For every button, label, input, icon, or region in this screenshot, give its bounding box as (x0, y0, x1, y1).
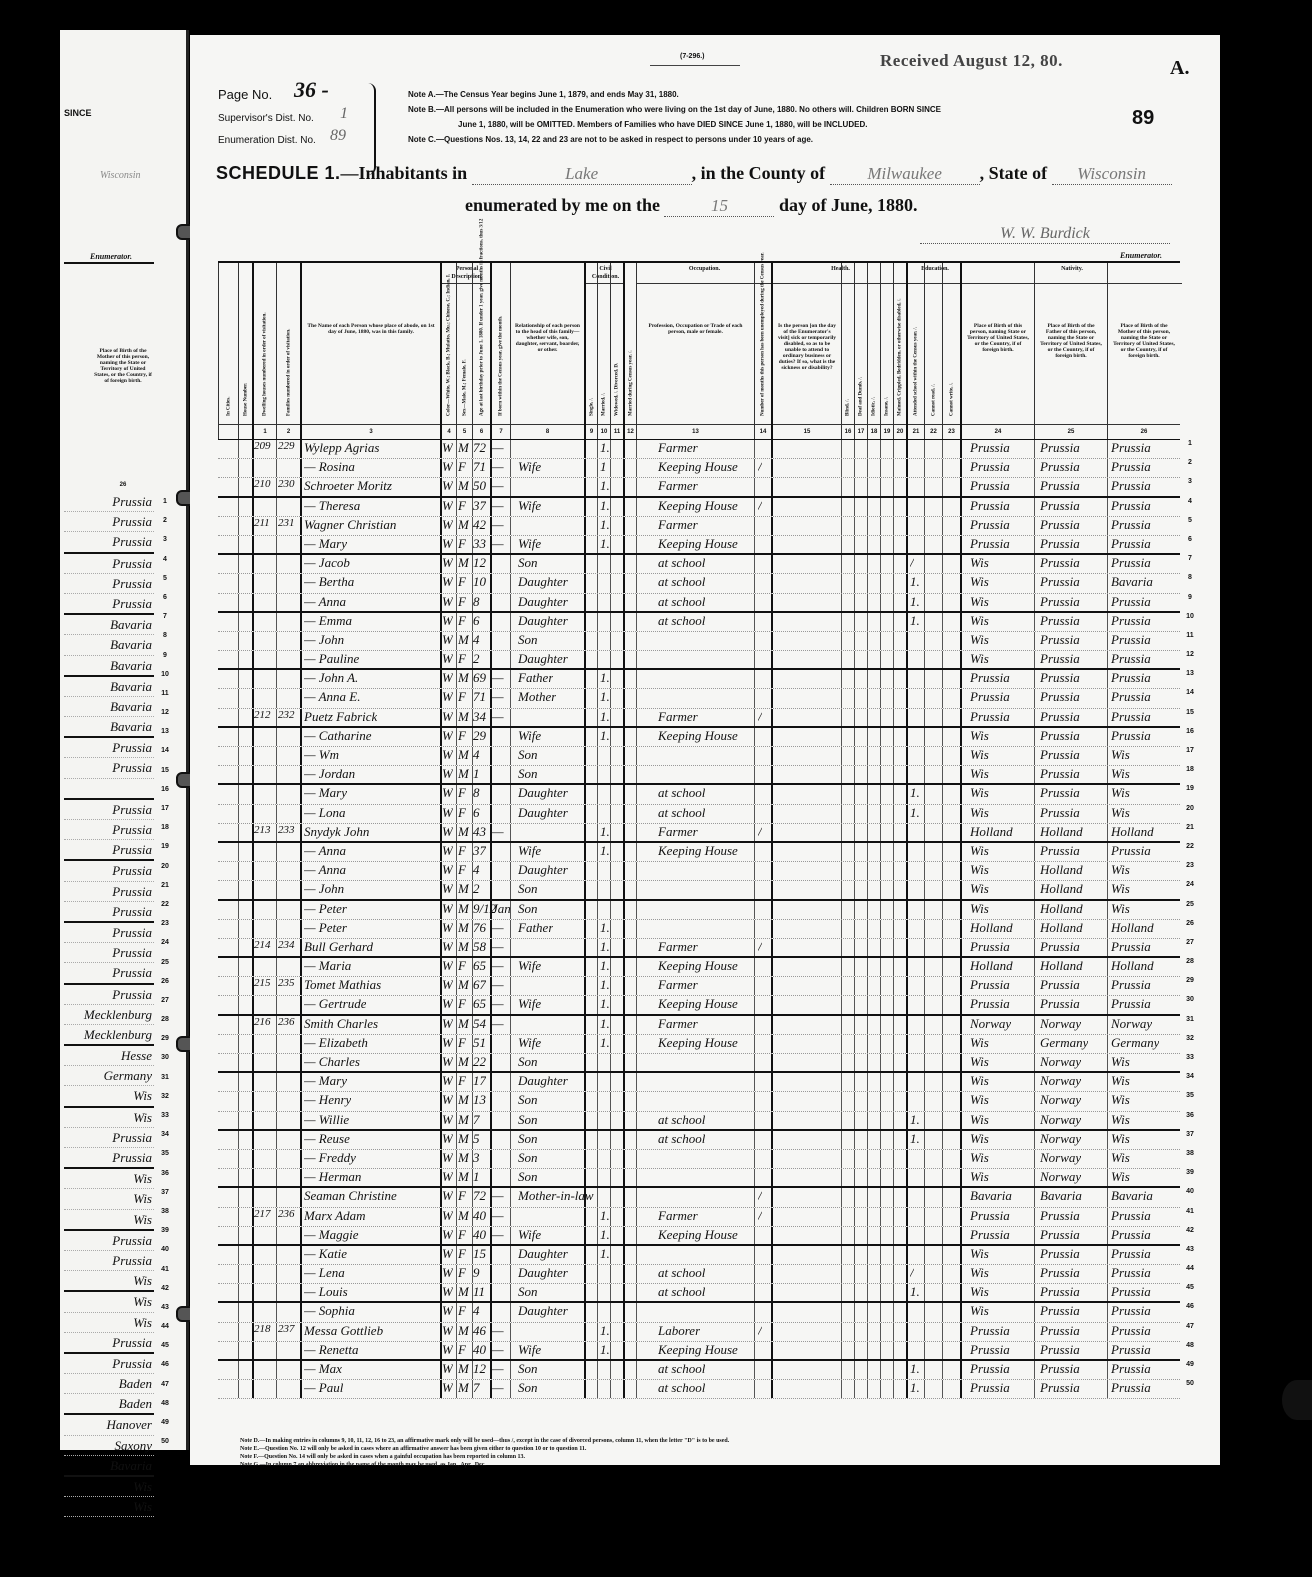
column-rule (754, 862, 755, 880)
column-rule (942, 1054, 943, 1071)
column-rule (854, 824, 855, 841)
census-row: — RosinaWF71—Wife1Keeping House/PrussiaP… (218, 459, 1180, 478)
color: W (442, 920, 453, 939)
facing-page-line-number: 35 (156, 1144, 174, 1163)
facing-page-birthplace: Prussia (64, 902, 154, 923)
column-rule (841, 651, 842, 668)
column-rule (510, 785, 511, 803)
column-rule (867, 478, 868, 495)
column-rule (854, 1227, 855, 1244)
mother-birthplace: Prussia (1111, 689, 1151, 708)
born-month: — (492, 1208, 504, 1227)
column-rule (238, 1323, 239, 1341)
column-rule (893, 1227, 894, 1244)
column-rule (584, 1284, 586, 1301)
column-rule (942, 1016, 943, 1034)
line-number: 46 (1184, 1303, 1196, 1322)
column-rule (623, 824, 625, 841)
unemployed-mark: / (758, 1188, 762, 1207)
column-rule (276, 1246, 277, 1264)
column-rule (960, 1054, 962, 1071)
born-month: — (492, 689, 504, 708)
column-rule (238, 901, 239, 919)
facing-page-birthplace: Baden (64, 1394, 154, 1415)
column-rule (960, 1323, 962, 1341)
person-name: — John (304, 881, 344, 900)
color: W (442, 632, 453, 651)
column-rule (880, 1227, 881, 1244)
column-rule (584, 977, 586, 995)
born-month: — (492, 1188, 504, 1207)
facing-page-birthplace: Wis (64, 1086, 154, 1107)
column-rule (300, 459, 302, 477)
column-rule (597, 651, 598, 668)
column-rule (754, 689, 755, 707)
column-rule (510, 1303, 511, 1321)
column-rule (456, 1361, 457, 1379)
column-rule (456, 958, 457, 976)
column-rule (1034, 1323, 1035, 1341)
column-rule (490, 881, 492, 898)
line-number: 33 (1184, 1054, 1196, 1073)
person-name: — Rosina (304, 459, 355, 478)
age: 13 (473, 1092, 486, 1111)
column-rule (893, 498, 894, 516)
column-rule (636, 1092, 637, 1110)
column-rule (300, 881, 302, 898)
column-rule (841, 1380, 842, 1398)
column-rule (300, 517, 302, 535)
column-rule (623, 747, 625, 765)
column-rule (893, 1303, 894, 1321)
column-rule (584, 1092, 586, 1110)
column-rule (238, 1188, 239, 1206)
school-mark: 1. (910, 1112, 920, 1131)
occupation: Farmer (658, 517, 698, 536)
column-rule (610, 785, 611, 803)
person-name: — Catharine (304, 728, 372, 747)
column-rule (960, 862, 962, 880)
column-rule (456, 766, 457, 783)
birthplace: Prussia (970, 1342, 1010, 1361)
line-number: 19 (1184, 785, 1196, 804)
column-rule (771, 632, 773, 650)
column-rule (238, 1361, 239, 1379)
birthplace: Prussia (970, 498, 1010, 517)
column-rule (238, 1169, 239, 1186)
column-rule (238, 459, 239, 477)
column-rule (880, 1035, 881, 1053)
mother-birthplace: Prussia (1111, 728, 1151, 747)
facing-page-birthplace: Bavaria (64, 677, 154, 697)
column-rule (960, 1016, 962, 1034)
column-rule (584, 728, 586, 746)
sex: F (458, 574, 466, 593)
column-number: 26 (1108, 424, 1180, 439)
occupation: at school (658, 613, 705, 632)
column-rule (584, 1016, 586, 1034)
column-rule (942, 1284, 943, 1301)
column-rule (584, 613, 586, 631)
occupation: Laborer (658, 1323, 700, 1342)
column-rule (854, 1342, 855, 1359)
column-rule (623, 574, 625, 592)
column-rule (276, 1188, 277, 1206)
census-page: (7-296.) Received August 12, 80. A. 89 P… (190, 35, 1220, 1465)
column-rule (771, 1342, 773, 1359)
occupation: at school (658, 785, 705, 804)
column-rule (942, 901, 943, 919)
column-rule (893, 996, 894, 1013)
column-rule (854, 747, 855, 765)
column-rule (456, 728, 457, 746)
column-rule (1034, 1246, 1035, 1264)
column-rule (597, 613, 598, 631)
column-rule (771, 920, 773, 938)
birthplace: Wis (970, 1035, 989, 1054)
line-number: 37 (1184, 1131, 1196, 1150)
column-rule (636, 1073, 637, 1091)
column-rule (771, 1208, 773, 1226)
person-name: — Paul (304, 1380, 343, 1399)
occupation: at school (658, 555, 705, 574)
column-rule (510, 728, 511, 746)
column-rule (893, 574, 894, 592)
column-rule (490, 862, 492, 880)
sex: M (458, 747, 469, 766)
married-mark: 1. (600, 1246, 610, 1265)
column-rule (960, 1227, 962, 1244)
column-header-text: Number of months this person has been un… (761, 252, 766, 416)
column-rule (300, 440, 302, 458)
column-rule (942, 939, 943, 956)
column-rule (252, 805, 254, 823)
column-rule (754, 958, 755, 976)
column-rule (771, 498, 773, 516)
column-rule (754, 1284, 755, 1301)
father-birthplace: Prussia (1040, 651, 1080, 670)
facing-page-line-number: 6 (156, 588, 174, 607)
age: 76 (473, 920, 486, 939)
color: W (442, 1342, 453, 1361)
column-rule (510, 709, 511, 726)
column-rule (610, 1323, 611, 1341)
column-rule (456, 939, 457, 956)
person-name: — Willie (304, 1112, 349, 1131)
column-rule (942, 1073, 943, 1091)
column-rule (924, 843, 925, 861)
column-rule (636, 996, 637, 1013)
column-rule (754, 517, 755, 535)
father-birthplace: Holland (1040, 862, 1083, 881)
facing-page-line-number: 4 (156, 550, 174, 569)
column-rule (960, 1342, 962, 1359)
column-rule (1107, 594, 1108, 611)
color: W (442, 574, 453, 593)
column-rule (942, 555, 943, 573)
mother-birthplace: Prussia (1111, 670, 1151, 689)
column-rule (276, 1131, 277, 1149)
birthplace: Wis (970, 632, 989, 651)
column-rule (490, 843, 492, 861)
column-rule (924, 805, 925, 823)
column-rule (924, 958, 925, 976)
column-header-text: Married, /. (602, 393, 607, 416)
mother-birthplace: Wis (1111, 766, 1130, 785)
column-number: 6 (473, 424, 490, 439)
facing-page-mother-birthplaces: PrussiaPrussiaPrussiaPrussiaPrussiaPruss… (64, 492, 154, 1517)
column-rule (456, 1227, 457, 1244)
column-rule (456, 1131, 457, 1149)
person-name: — Mary (304, 536, 347, 555)
census-row: — HermanWM1SonWisNorwayWis39 (218, 1169, 1180, 1188)
married-mark: 1. (600, 689, 610, 708)
column-rule (252, 785, 254, 803)
column-rule (854, 1150, 855, 1168)
column-rule (906, 613, 908, 631)
column-rule (893, 1169, 894, 1186)
column-number: 22 (925, 424, 942, 439)
column-rule (960, 1361, 962, 1379)
column-rule (238, 920, 239, 938)
age: 4 (473, 632, 480, 651)
column-rule (754, 709, 755, 726)
column-rule (841, 440, 842, 458)
column-rule (276, 728, 277, 746)
column-rule (597, 958, 598, 976)
column-rule (276, 1265, 277, 1283)
column-number (239, 424, 252, 439)
column-rule (893, 689, 894, 707)
occupation: Farmer (658, 478, 698, 497)
sex: M (458, 1380, 469, 1399)
column-rule (754, 555, 755, 573)
unemployed-mark: / (758, 498, 762, 517)
birthplace: Holland (970, 958, 1013, 977)
column-rule (924, 1131, 925, 1149)
line-number: 29 (1184, 977, 1196, 996)
column-rule (754, 1208, 755, 1226)
column-rule (771, 459, 773, 477)
column-rule (276, 459, 277, 477)
column-rule (960, 1073, 962, 1091)
sex: M (458, 632, 469, 651)
age: 65 (473, 996, 486, 1015)
column-rule (942, 574, 943, 592)
father-birthplace: Prussia (1040, 1208, 1080, 1227)
facing-page-birthplace: Prussia (64, 943, 154, 963)
column-rule (880, 1342, 881, 1359)
column-rule (754, 939, 755, 956)
married-mark: 1. (600, 517, 610, 536)
column-rule (623, 440, 625, 458)
column-rule (238, 555, 239, 573)
father-birthplace: Prussia (1040, 670, 1080, 689)
column-rule (1034, 632, 1035, 650)
line-number: 26 (1184, 920, 1196, 939)
facing-page-line-number: 13 (156, 722, 174, 741)
age: 71 (473, 459, 486, 478)
note-e: Note E.—Question No. 12 will only be ask… (240, 1445, 729, 1453)
column-rule (924, 1035, 925, 1053)
age: 42 (473, 517, 486, 536)
column-number: 20 (894, 424, 906, 439)
column-rule (276, 920, 277, 938)
column-rule (854, 766, 855, 783)
facing-page-line-number: 19 (156, 837, 174, 856)
column-rule (1034, 555, 1035, 573)
column-rule (942, 785, 943, 803)
column-rule (584, 862, 586, 880)
state-label: , State of (980, 163, 1047, 183)
father-birthplace: Norway (1040, 1054, 1081, 1073)
column-rule (238, 1380, 239, 1398)
census-row: Seaman ChristineWF72—Mother-in-law/Bavar… (218, 1188, 1180, 1207)
column-number: 19 (881, 424, 893, 439)
column-rule (610, 747, 611, 765)
column-rule (754, 1112, 755, 1129)
census-row: — JohnWM4SonWisPrussiaPrussia11 (218, 632, 1180, 651)
column-rule (942, 1323, 943, 1341)
column-rule (924, 901, 925, 919)
column-rule (252, 574, 254, 592)
column-rule (456, 1092, 457, 1110)
married-mark: 1 (600, 459, 607, 478)
birthplace: Prussia (970, 478, 1010, 497)
sex: F (458, 728, 466, 747)
column-rule (300, 594, 302, 611)
column-rule (880, 478, 881, 495)
color: W (442, 1150, 453, 1169)
column-rule (597, 1303, 598, 1321)
column-rule (623, 1303, 625, 1321)
color: W (442, 651, 453, 670)
column-rule (893, 1323, 894, 1341)
column-rule (623, 939, 625, 956)
column-rule (854, 478, 855, 495)
column-rule (771, 996, 773, 1013)
column-rule (893, 862, 894, 880)
column-rule (610, 536, 611, 553)
column-rule (623, 536, 625, 553)
column-rule (252, 1073, 254, 1091)
column-rule (610, 555, 611, 573)
column-rule (252, 1131, 254, 1149)
column-rule (942, 1035, 943, 1053)
column-rule (942, 977, 943, 995)
column-rule (906, 1054, 908, 1071)
column-rule (771, 478, 773, 495)
line-number: 49 (1184, 1361, 1196, 1380)
column-rule (960, 1112, 962, 1129)
received-stamp: Received August 12, 80. (880, 51, 1063, 71)
color: W (442, 459, 453, 478)
column-rule (238, 862, 239, 880)
facing-page-birthplace: Prussia (64, 1251, 154, 1271)
column-rule (906, 536, 908, 553)
married-mark: 1. (600, 843, 610, 862)
column-rule (1034, 901, 1035, 919)
column-header-c14: Number of months this person has been un… (754, 263, 771, 439)
mother-birthplace: Prussia (1111, 594, 1151, 613)
line-number: 17 (1184, 747, 1196, 766)
column-rule (490, 805, 492, 823)
sex: M (458, 709, 469, 728)
relationship: Daughter (518, 613, 568, 632)
column-rule (276, 1073, 277, 1091)
column-rule (623, 881, 625, 898)
column-rule (636, 1380, 637, 1398)
birthplace: Holland (970, 920, 1013, 939)
relationship: Daughter (518, 1073, 568, 1092)
column-rule (771, 440, 773, 458)
father-birthplace: Prussia (1040, 555, 1080, 574)
column-rule (276, 881, 277, 898)
column-rule (867, 862, 868, 880)
column-rule (300, 1265, 302, 1283)
enumerated-suffix: day of June, 1880. (779, 195, 918, 215)
facing-page-birthplace: Prussia (64, 840, 154, 861)
facing-page-line-number: 24 (156, 933, 174, 952)
column-rule (597, 1265, 598, 1283)
person-name: — Jacob (304, 555, 350, 574)
mother-birthplace: Holland (1111, 920, 1154, 939)
column-rule (584, 574, 586, 592)
column-rule (1107, 1073, 1108, 1091)
column-rule (1034, 1284, 1035, 1301)
column-rule (942, 498, 943, 516)
father-birthplace: Holland (1040, 824, 1083, 843)
school-mark: 1. (910, 1284, 920, 1303)
column-rule (623, 1380, 625, 1398)
facing-page-line-number: 18 (156, 818, 174, 837)
column-rule (1107, 459, 1108, 477)
relationship: Son (518, 1150, 538, 1169)
column-rule (867, 1342, 868, 1359)
column-rule (924, 1188, 925, 1206)
column-rule (300, 536, 302, 553)
father-birthplace: Holland (1040, 881, 1083, 900)
color: W (442, 747, 453, 766)
column-rule (771, 1131, 773, 1149)
census-row: — MaryWF17DaughterWisNorwayWis34 (218, 1073, 1180, 1092)
column-rule (623, 1016, 625, 1034)
column-rule (771, 1092, 773, 1110)
column-rule (510, 1188, 511, 1206)
column-rule (942, 1303, 943, 1321)
sex: M (458, 670, 469, 689)
column-rule (942, 862, 943, 880)
column-rule (1034, 689, 1035, 707)
column-rule (841, 594, 842, 611)
facing-page-birthplace: Bavaria (64, 697, 154, 717)
column-rule (1034, 939, 1035, 956)
column-rule (252, 1246, 254, 1264)
column-rule (636, 785, 637, 803)
column-rule (854, 1284, 855, 1301)
column-rule (610, 1188, 611, 1206)
sex: F (458, 1188, 466, 1207)
birthplace: Wis (970, 1150, 989, 1169)
column-rule (867, 881, 868, 898)
column-rule (300, 805, 302, 823)
note-a: Note A.—The Census Year begins June 1, 1… (408, 87, 1128, 102)
column-rule (238, 1016, 239, 1034)
column-rule (1034, 862, 1035, 880)
column-rule (754, 1227, 755, 1244)
birthplace: Wis (970, 1112, 989, 1131)
occupation: Farmer (658, 440, 698, 459)
